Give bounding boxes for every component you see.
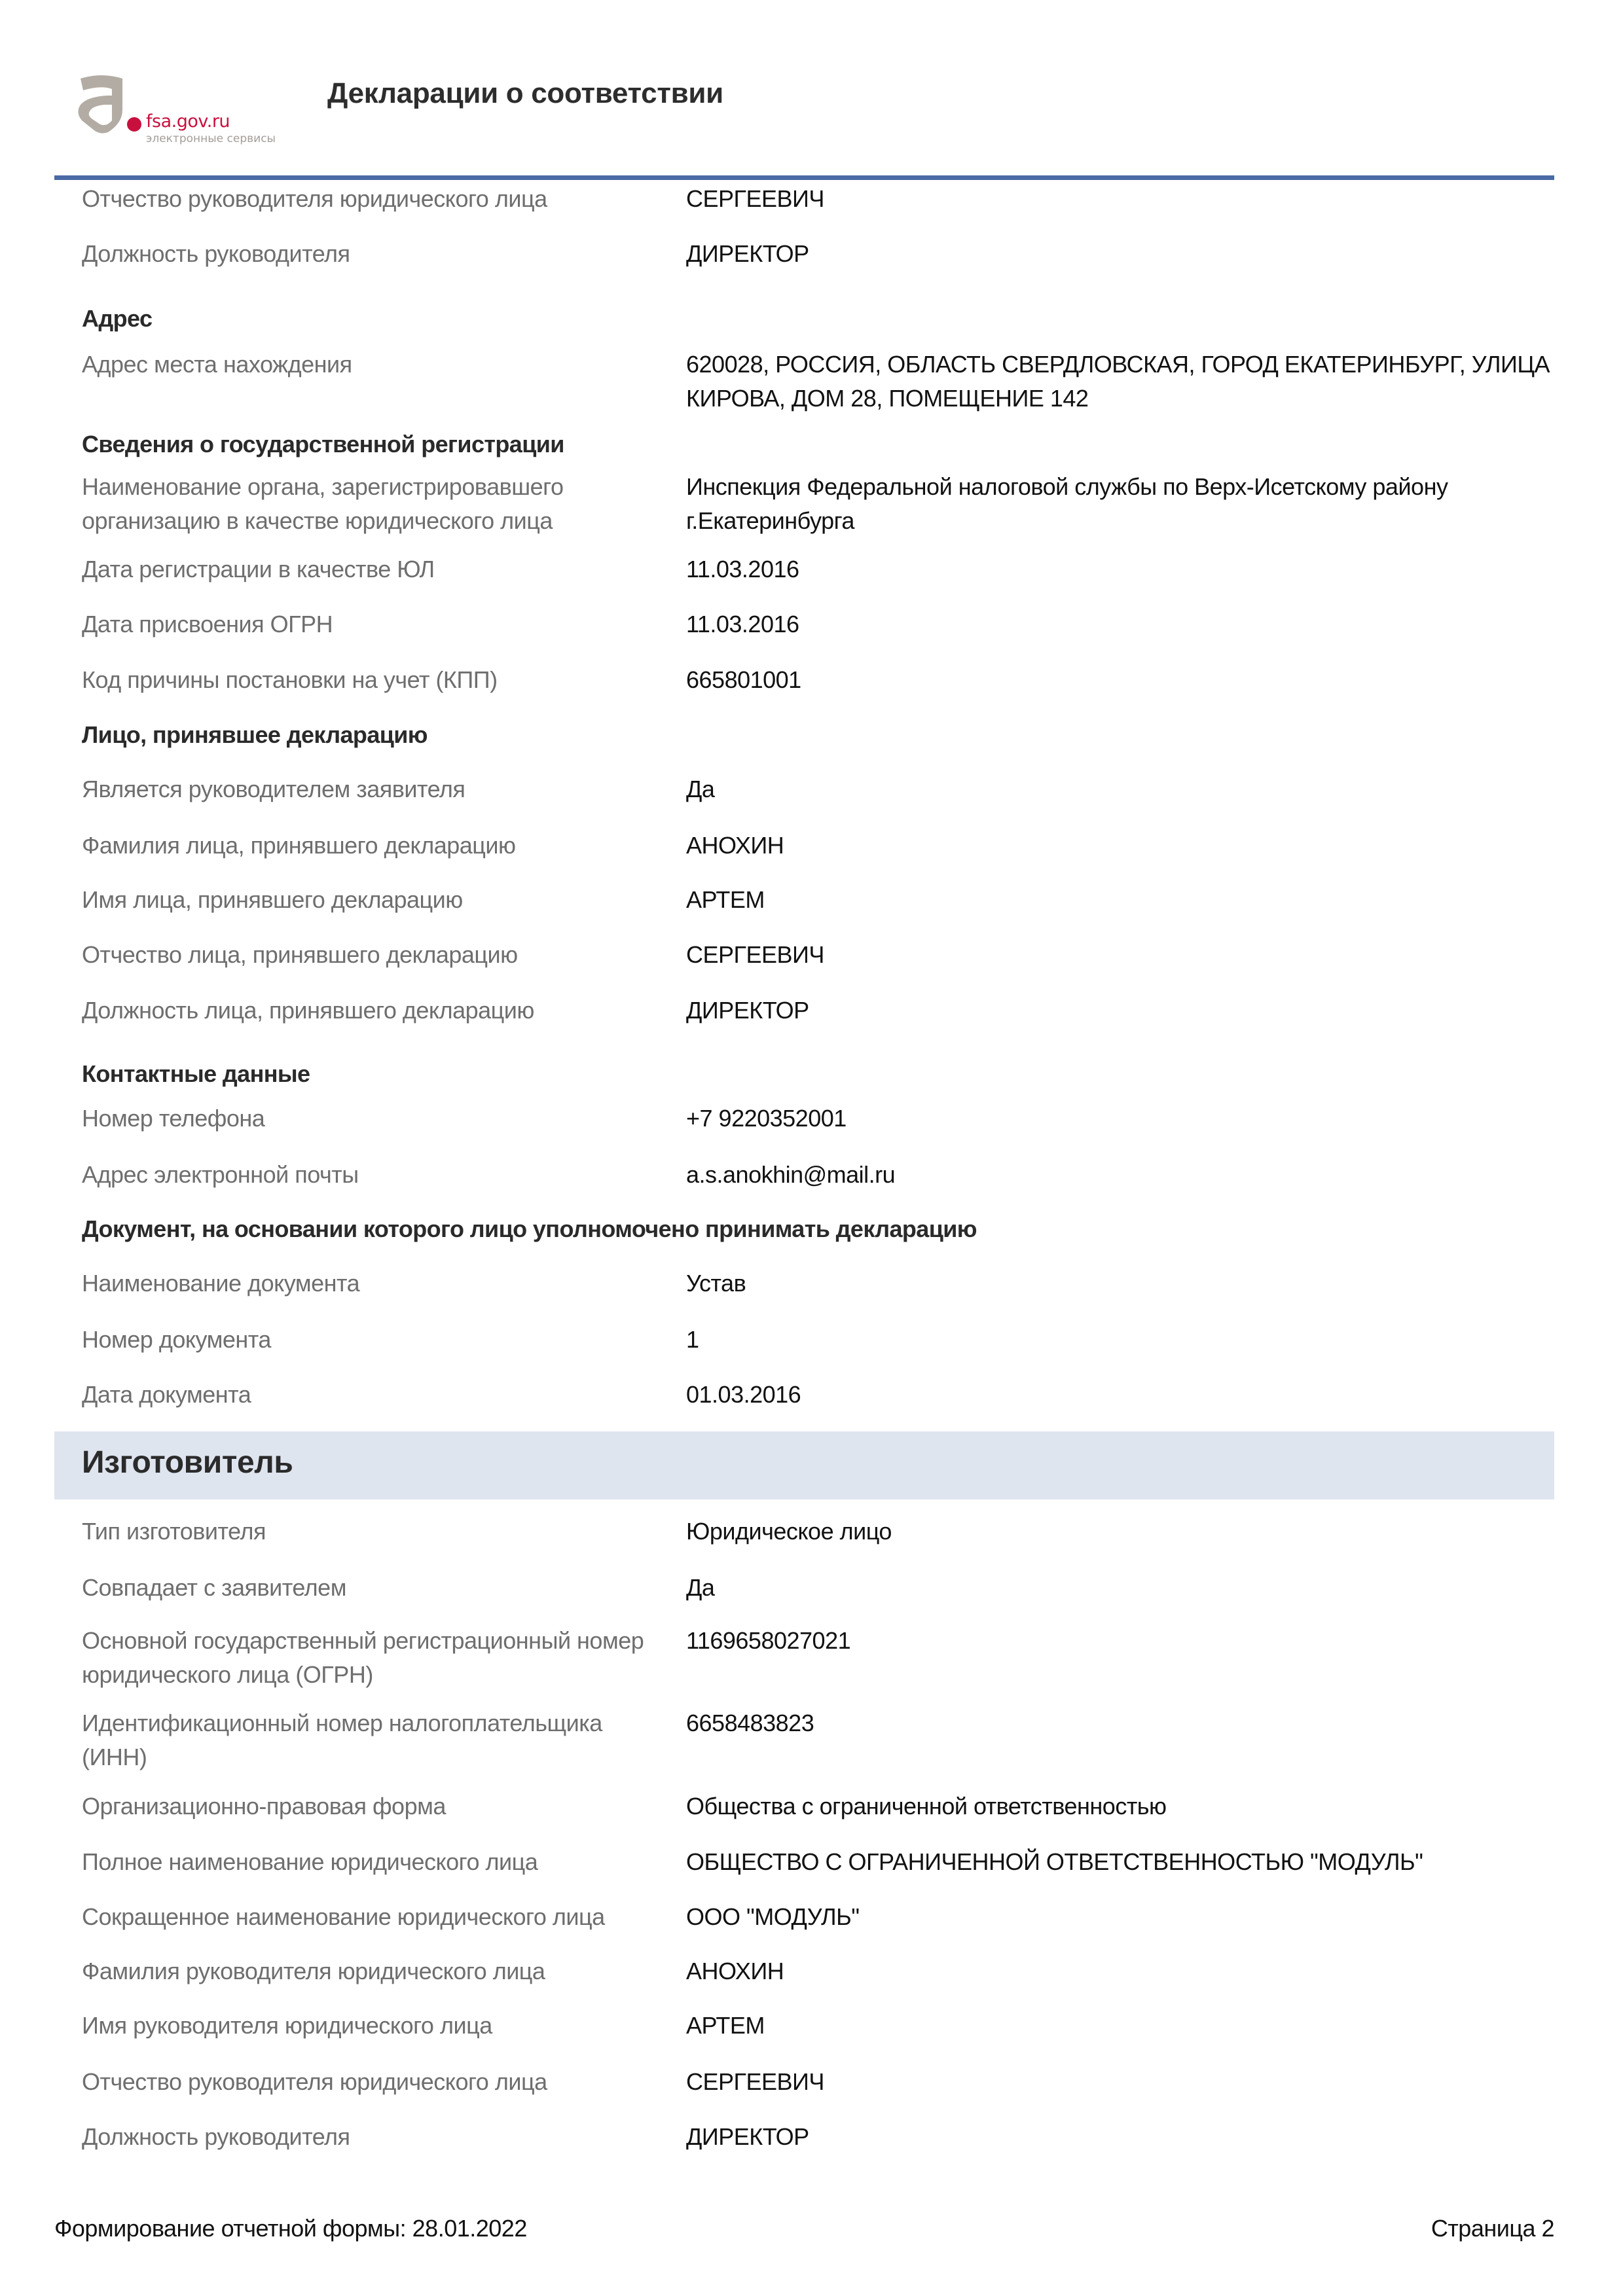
field-value: 01.03.2016 xyxy=(686,1378,1563,1412)
field-value: ООО "МОДУЛЬ" xyxy=(686,1900,1563,1934)
field-label: Фамилия руководителя юридического лица xyxy=(82,1954,671,1988)
field-value: ДИРЕКТОР xyxy=(686,994,1563,1028)
field-value: Юридическое лицо xyxy=(686,1515,1563,1549)
subsection-heading-registration: Сведения о государственной регистрации xyxy=(82,427,564,461)
field-label: Совпадает с заявителем xyxy=(82,1571,671,1605)
field-label: Тип изготовителя xyxy=(82,1515,671,1549)
field-label: Код причины постановки на учет (КПП) xyxy=(82,663,671,697)
field-label: Должность лица, принявшего декларацию xyxy=(82,994,671,1028)
header-divider xyxy=(54,175,1554,180)
field-label: Отчество руководителя юридического лица xyxy=(82,182,671,216)
field-label: Должность руководителя xyxy=(82,2120,671,2154)
field-value: ДИРЕКТОР xyxy=(686,2120,1563,2154)
field-label: Наименование документа xyxy=(82,1266,671,1300)
field-value: 1169658027021 xyxy=(686,1624,1563,1658)
field-value: 665801001 xyxy=(686,663,1563,697)
fsa-logo-a-icon xyxy=(75,72,147,144)
field-value: ОБЩЕСТВО С ОГРАНИЧЕННОЙ ОТВЕТСТВЕННОСТЬЮ… xyxy=(686,1845,1563,1879)
field-label: Адрес электронной почты xyxy=(82,1158,671,1192)
page-number: Страница 2 xyxy=(1431,2215,1554,2242)
field-value: ДИРЕКТОР xyxy=(686,237,1563,271)
field-value: АНОХИН xyxy=(686,829,1563,863)
logo-site-text: fsa.gov.ru xyxy=(146,111,230,132)
field-value: СЕРГЕЕВИЧ xyxy=(686,182,1563,216)
field-label: Имя лица, принявшего декларацию xyxy=(82,883,671,917)
field-label: Основной государственный регистрационный… xyxy=(82,1624,671,1692)
field-label: Номер телефона xyxy=(82,1102,671,1136)
field-value: Да xyxy=(686,772,1563,806)
section-title: Изготовитель xyxy=(82,1444,293,1480)
report-generated-date: Формирование отчетной формы: 28.01.2022 xyxy=(54,2215,527,2242)
field-label: Дата документа xyxy=(82,1378,671,1412)
field-label: Идентификационный номер налогоплательщик… xyxy=(82,1706,671,1774)
field-value: Инспекция Федеральной налоговой службы п… xyxy=(686,470,1563,538)
subsection-heading-contacts: Контактные данные xyxy=(82,1057,310,1091)
subsection-heading-declarant: Лицо, принявшее декларацию xyxy=(82,718,428,752)
field-label: Наименование органа, зарегистрировавшего… xyxy=(82,470,671,538)
field-label: Полное наименование юридического лица xyxy=(82,1845,671,1879)
field-label: Сокращенное наименование юридического ли… xyxy=(82,1900,671,1934)
email-value[interactable]: a.s.anokhin@mail.ru xyxy=(686,1158,1563,1192)
field-value: 11.03.2016 xyxy=(686,552,1563,586)
phone-value: +7 9220352001 xyxy=(686,1102,1563,1136)
field-label: Организационно-правовая форма xyxy=(82,1789,671,1823)
section-header-manufacturer: Изготовитель xyxy=(54,1431,1554,1499)
field-label: Дата присвоения ОГРН xyxy=(82,607,671,641)
field-value: Да xyxy=(686,1571,1563,1605)
field-label: Дата регистрации в качестве ЮЛ xyxy=(82,552,671,586)
field-label: Отчество руководителя юридического лица xyxy=(82,2065,671,2099)
field-label: Фамилия лица, принявшего декларацию xyxy=(82,829,671,863)
fsa-logo[interactable]: fsa.gov.ru электронные сервисы xyxy=(75,72,272,144)
field-label: Номер документа xyxy=(82,1323,671,1357)
field-label: Имя руководителя юридического лица xyxy=(82,2009,671,2043)
field-value: АНОХИН xyxy=(686,1954,1563,1988)
field-value: АРТЕМ xyxy=(686,2009,1563,2043)
field-label: Отчество лица, принявшего декларацию xyxy=(82,938,671,972)
field-value: 620028, РОССИЯ, ОБЛАСТЬ СВЕРДЛОВСКАЯ, ГО… xyxy=(686,348,1563,416)
field-value: АРТЕМ xyxy=(686,883,1563,917)
logo-subtitle: электронные сервисы xyxy=(146,132,276,145)
field-value: Общества с ограниченной ответственностью xyxy=(686,1789,1563,1823)
field-value: 6658483823 xyxy=(686,1706,1563,1740)
field-value: СЕРГЕЕВИЧ xyxy=(686,938,1563,972)
field-value: СЕРГЕЕВИЧ xyxy=(686,2065,1563,2099)
subsection-heading-address: Адрес xyxy=(82,302,152,336)
field-value: Устав xyxy=(686,1266,1563,1300)
field-label: Адрес места нахождения xyxy=(82,348,671,382)
subsection-heading-authority-document: Документ, на основании которого лицо упо… xyxy=(82,1212,977,1246)
field-value: 1 xyxy=(686,1323,1563,1357)
field-value: 11.03.2016 xyxy=(686,607,1563,641)
page-title: Декларации о соответствии xyxy=(327,77,723,110)
field-label: Является руководителем заявителя xyxy=(82,772,671,806)
field-label: Должность руководителя xyxy=(82,237,671,271)
